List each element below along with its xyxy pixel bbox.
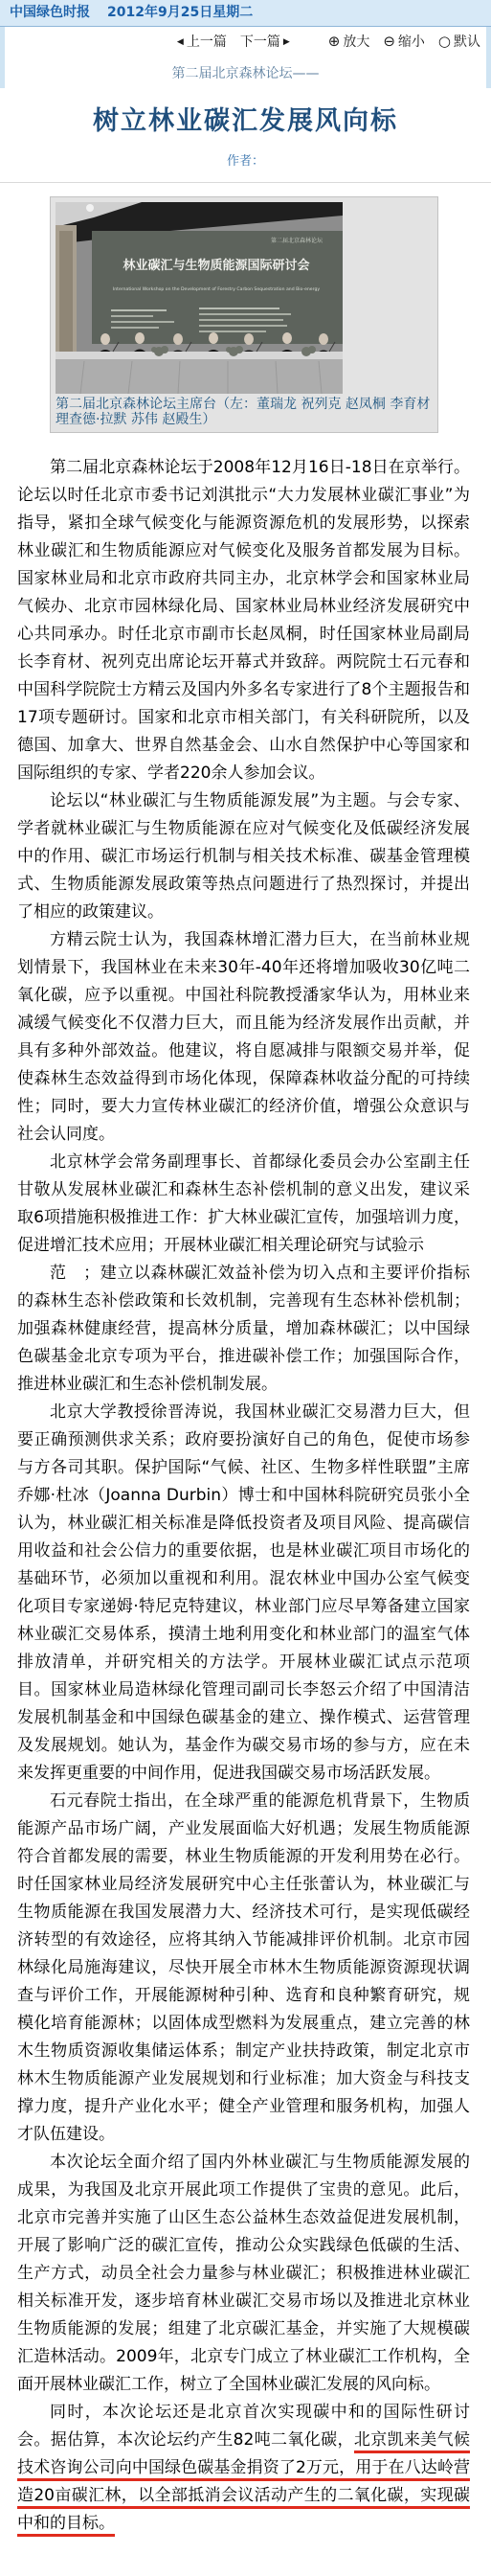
photo-caption: 第二届北京森林论坛主席台（左：董瑞龙 祝列克 赵凤桐 李育材 理查德·拉默 苏伟… <box>56 397 433 427</box>
zoom-in-icon: ⊕ <box>328 33 341 50</box>
default-circle-icon: ○ <box>438 33 451 50</box>
paragraph-2: 论坛以“林业碳汇与生物质能源发展”为主题。与会专家、学者就林业碳汇与生物质能源在… <box>17 787 470 926</box>
article-viewer-page: 中国绿色时报2012年9月25日星期二 ◀上一篇 下一篇▶ ⊕放大 ⊖缩小 ○默… <box>0 0 491 2576</box>
prev-article-label: 上一篇 <box>187 32 227 51</box>
photo-side-wall-pattern <box>59 231 73 363</box>
banner-subtitle-text: International Workshop on the Developmen… <box>113 286 320 292</box>
author-row: 作者： <box>0 147 491 183</box>
zoom-in-label: 放大 <box>343 32 369 51</box>
right-triangle-icon: ▶ <box>283 37 290 47</box>
reset-zoom-label: 默认 <box>454 32 480 51</box>
article-body: 第二届北京森林论坛于2008年12月16日-18日在京举行。论坛以时任北京市委书… <box>0 433 491 2576</box>
banner-title-text: 林业碳汇与生物质能源国际研讨会 <box>123 258 309 273</box>
prev-article-button[interactable]: ◀上一篇 <box>177 32 227 51</box>
photo-spotlight <box>86 204 94 212</box>
zoom-out-icon: ⊖ <box>383 33 395 50</box>
header-frame: ◀上一篇 下一篇▶ ⊕放大 ⊖缩小 ○默认 第二届北京森林论坛—— <box>0 27 491 88</box>
paragraph-7: 石元春院士指出，在全球严重的能源危机背景下，生物质能源产品市场广阔，产业发展面临… <box>17 1788 470 2149</box>
zoom-out-button[interactable]: ⊖缩小 <box>383 32 425 51</box>
publication-date: 2012年9月25日星期二 <box>107 5 253 20</box>
paragraph-1: 第二届北京森林论坛于2008年12月16日-18日在京举行。论坛以时任北京市委书… <box>17 454 470 787</box>
conference-photo-figure: 林业碳汇与生物质能源国际研讨会 International Workshop o… <box>50 196 438 433</box>
left-triangle-icon: ◀ <box>177 37 184 47</box>
conference-photo: 林业碳汇与生物质能源国际研讨会 International Workshop o… <box>56 202 343 394</box>
author-label: 作者： <box>227 154 264 169</box>
next-article-button[interactable]: 下一篇▶ <box>240 32 290 51</box>
series-label: 第二届北京森林论坛—— <box>5 56 486 88</box>
reset-zoom-button[interactable]: ○默认 <box>438 32 480 51</box>
paragraph-8: 本次论坛全面介绍了国内外林业碳汇与生物质能源发展的成果，为我国及北京开展此项工作… <box>17 2149 470 2399</box>
next-article-label: 下一篇 <box>240 32 280 51</box>
zoom-out-label: 缩小 <box>398 32 425 51</box>
publication-name: 中国绿色时报 <box>10 5 90 20</box>
paragraph-3: 方精云院士认为，我国森林增汇潜力巨大，在当前林业规划情景下，我国林业在未来30年… <box>17 926 470 1149</box>
paragraph-4: 北京林学会常务副理事长、首都绿化委员会办公室副主任甘敬从发展林业碳汇和森林生态补… <box>17 1149 470 1260</box>
masthead: 中国绿色时报2012年9月25日星期二 <box>0 0 491 27</box>
paragraph-9: 同时，本次论坛还是北京首次实现碳中和的国际性研讨会。据估算，本次论坛约产生82吨… <box>17 2399 470 2538</box>
paragraph-5: 范 ；建立以森林碳汇效益补偿为切入点和主要评价指标的森林生态补偿政策和长效机制，… <box>17 1260 470 1399</box>
zoom-in-button[interactable]: ⊕放大 <box>328 32 370 51</box>
paragraph-6: 北京大学教授徐晋涛说，我国林业碳汇交易潜力巨大，但要正确预测供求关系；政府要扮演… <box>17 1399 470 1788</box>
toolbar: ◀上一篇 下一篇▶ ⊕放大 ⊖缩小 ○默认 <box>5 27 486 56</box>
banner-corner-text: 第二届北京森林论坛 <box>271 237 324 244</box>
photo-tablecloth <box>56 359 343 394</box>
article-title: 树立林业碳汇发展风向标 <box>0 100 491 137</box>
